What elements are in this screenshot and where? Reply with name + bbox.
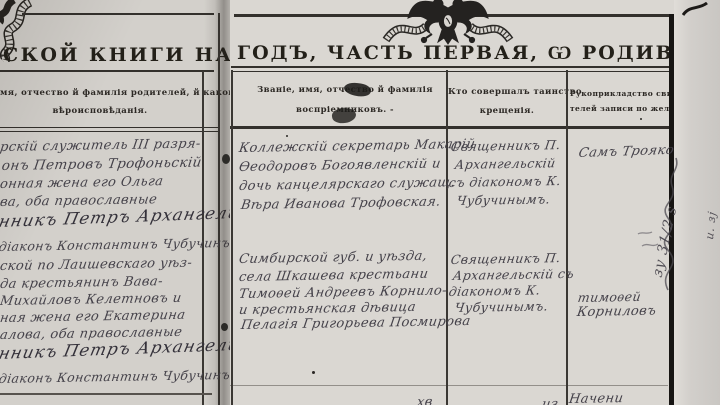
officiant-header-line1: Кто совершалъ таинство (448, 87, 566, 97)
officiant-line: діакономъ К. (448, 282, 542, 299)
entry-line: Михайловъ Келетновъ и (0, 291, 183, 309)
entry-line: онная жена его Ольга (0, 174, 164, 192)
paper-speck (286, 135, 288, 137)
metrical-book-scan: СКОЙ КНИГИ НА мя, отчество й фамилія род… (0, 0, 720, 405)
officiant-line: съ діакономъ К. (448, 173, 562, 190)
paper-speck (640, 118, 642, 120)
left-header-rule-b (0, 131, 218, 132)
officiant-line: Священникъ П. (450, 250, 562, 267)
witness-signature: Корниловъ (576, 304, 657, 320)
left-title-rule (0, 70, 214, 72)
officiant-line: Священникъ П. (450, 137, 562, 154)
right-row-divider (230, 385, 668, 386)
paper-speck (312, 371, 315, 374)
right-title-rule-a (231, 66, 671, 68)
officiant-line: Архангельскій съ (452, 266, 575, 283)
officiant-header-line2: крещенія. (448, 106, 566, 116)
left-header-rule-a (0, 127, 218, 128)
officiant-line: Чубучинымъ. (454, 298, 549, 315)
right-header-rule (230, 126, 671, 129)
witnesses-header-line2: телей записи по желанію. (570, 104, 668, 113)
officiant-line: Чубучинымъ. (456, 191, 551, 208)
left-page-top-rule (22, 13, 214, 15)
officiant-line: Архангельскій (454, 155, 557, 172)
ink-blot (222, 154, 230, 164)
pen-mark-icon (682, 2, 708, 18)
next-entry-fragment: Начени (568, 391, 624, 405)
left-row-divider (0, 393, 212, 395)
column-divider-godparents-officiant (446, 70, 448, 405)
imperial-eagle-emblem-icon (368, 0, 528, 48)
ink-blot (221, 323, 228, 331)
parents-header-line2: вѣроисповѣданія. (0, 106, 200, 116)
next-entry-fragment: хв (416, 395, 434, 405)
left-page-title: СКОЙ КНИГИ НА (3, 44, 233, 66)
right-page-left-border (231, 70, 233, 405)
margin-scribble-icon (628, 150, 708, 300)
right-title-rule-b (231, 71, 671, 73)
parents-header-line1: мя, отчество й фамилія родителей, й како… (0, 87, 200, 98)
column-divider-officiant-witnesses (566, 70, 568, 405)
witnesses-header-line1: Рукоприкладство свидѣ- (570, 89, 668, 98)
right-page-title: ГОДЪ, ЧАСТЬ ПЕРВАЯ, Ѡ РОДИВШИХСЯ. (237, 42, 667, 65)
entry-line: да крестьянинъ Вава- (0, 274, 164, 292)
next-entry-fragment: из (541, 397, 559, 405)
